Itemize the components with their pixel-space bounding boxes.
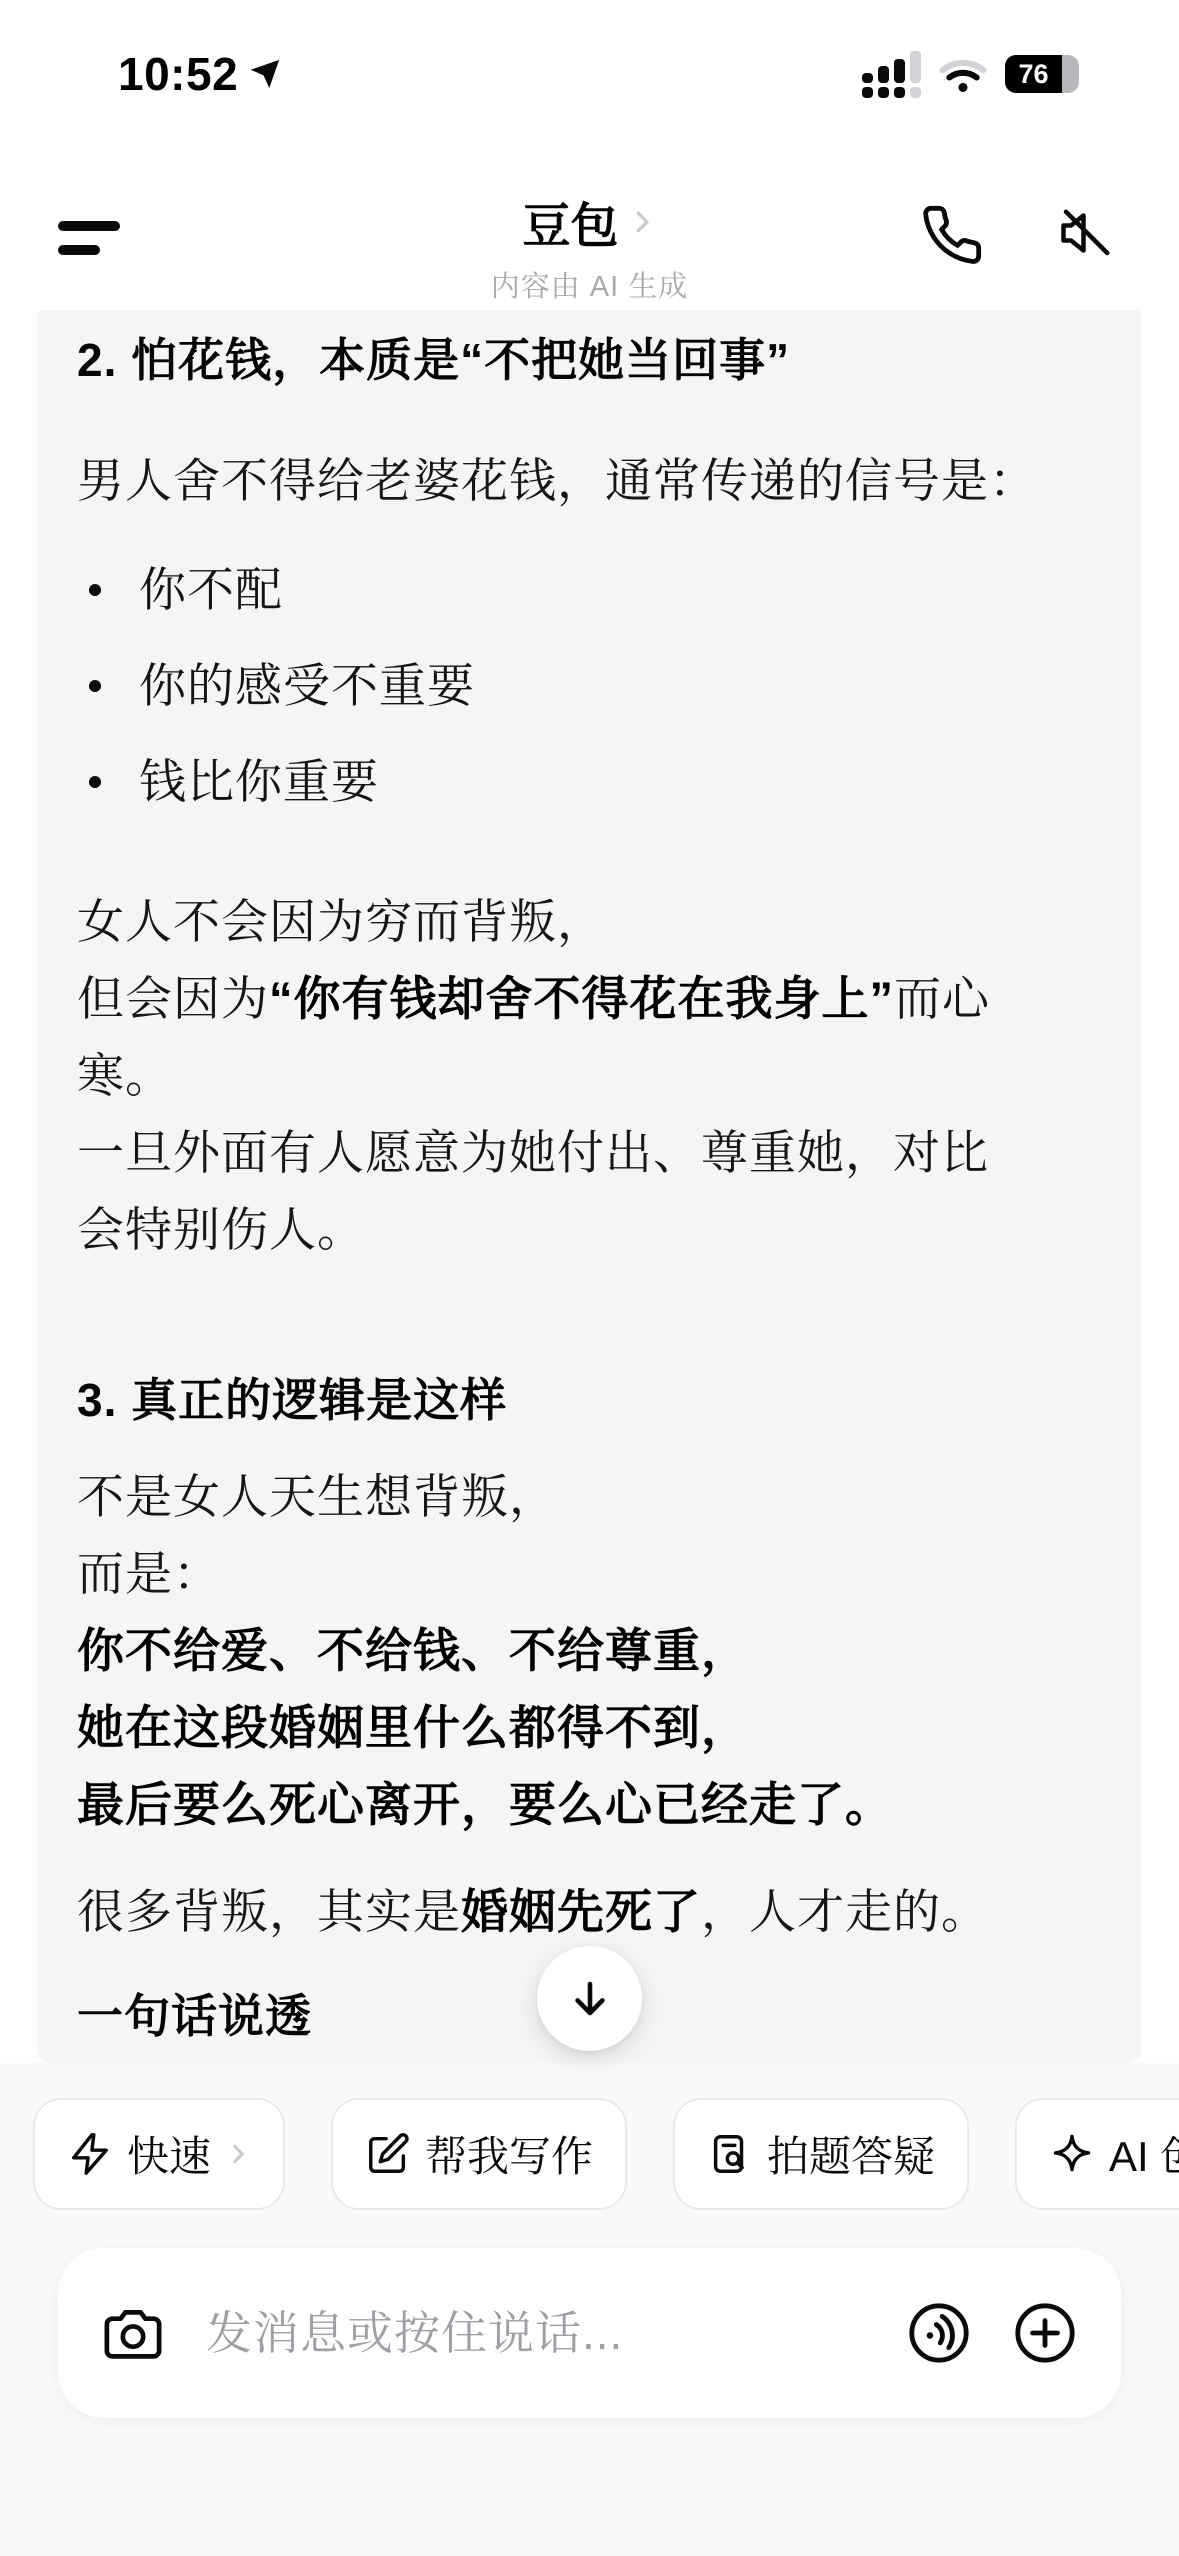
paragraph-summary: 很多背叛，其实是婚姻先死了，人才走的。 — [77, 1873, 1102, 1950]
wifi-icon — [937, 52, 989, 96]
chip-write[interactable]: 帮我写作 — [331, 2098, 627, 2210]
chip-quick[interactable]: 快速 — [33, 2098, 285, 2210]
bottom-panel: 快速 帮我写作 — [0, 2063, 1179, 2556]
chevron-right-icon — [225, 2141, 251, 2167]
paragraph-signal: 男人舍不得给老婆花钱，通常传递的信号是： — [77, 442, 1102, 519]
cellular-signal-icon — [862, 50, 921, 98]
quick-action-row: 快速 帮我写作 — [0, 2098, 1179, 2210]
ai-message-bubble: 2. 怕花钱，本质是“不把她当回事” 男人舍不得给老婆花钱，通常传递的信号是： … — [37, 310, 1142, 2063]
sparkle-icon — [1049, 2131, 1095, 2177]
doc-search-icon — [707, 2131, 753, 2177]
paragraph-betray: 女人不会因为穷而背叛， 但会因为“你有钱却舍不得花在我身上”而心 寒。 一旦外面… — [77, 883, 1102, 1268]
edit-icon — [365, 2131, 411, 2177]
list-item: 你的感受不重要 — [77, 657, 1102, 715]
section-heading-3: 3. 真正的逻辑是这样 — [77, 1368, 1102, 1432]
list-item: 钱比你重要 — [77, 753, 1102, 811]
chevron-right-icon — [627, 207, 657, 237]
status-bar: 10:52 76 — [0, 38, 1179, 110]
voice-call-icon[interactable] — [920, 203, 984, 267]
chip-ai-create[interactable]: AI 创作 — [1015, 2098, 1179, 2210]
clock: 10:52 — [118, 47, 238, 101]
camera-icon[interactable] — [100, 2300, 166, 2366]
lightning-icon — [67, 2131, 113, 2177]
location-arrow-icon — [248, 57, 282, 91]
chat-header: 豆包 内容由 AI 生成 — [0, 185, 1179, 310]
scroll-to-bottom-button[interactable] — [537, 1946, 642, 2051]
battery-icon: 76 — [1005, 55, 1079, 93]
plus-icon[interactable] — [1011, 2299, 1079, 2367]
bot-name: 豆包 — [522, 187, 618, 256]
battery-percent: 76 — [1018, 59, 1048, 90]
down-arrow-icon — [566, 1975, 614, 2023]
chip-photo-solve[interactable]: 拍题答疑 — [673, 2098, 969, 2210]
message-input[interactable] — [206, 2306, 885, 2360]
section-heading-2: 2. 怕花钱，本质是“不把她当回事” — [77, 328, 1102, 392]
mute-speaker-icon[interactable] — [1056, 203, 1116, 263]
message-input-bar[interactable] — [58, 2248, 1121, 2418]
bullet-list: 你不配 你的感受不重要 钱比你重要 — [77, 561, 1102, 811]
bot-title-button[interactable]: 豆包 — [522, 187, 656, 256]
list-item: 你不配 — [77, 561, 1102, 619]
voice-wave-icon[interactable] — [905, 2299, 973, 2367]
paragraph-logic: 不是女人天生想背叛， 而是： 你不给爱、不给钱、不给尊重， 她在这段婚姻里什么都… — [77, 1458, 1102, 1843]
ai-generated-notice: 内容由 AI 生成 — [0, 264, 1179, 305]
doubao-chat-screen: 10:52 76 — [0, 0, 1179, 2556]
